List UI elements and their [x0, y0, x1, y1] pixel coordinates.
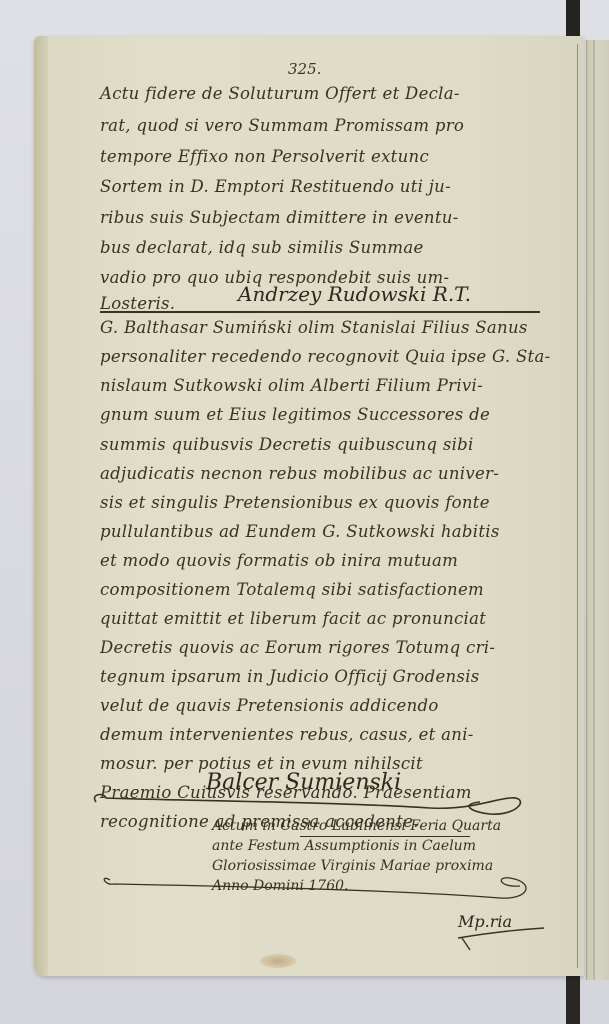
text-line: Sortem in D. Emptori Restituendo uti ju-	[100, 177, 451, 196]
text-line: velut de quavis Pretensionis addicendo	[100, 696, 439, 715]
closing-line: Actum in Castro Lublinensi Feria Quarta	[212, 818, 501, 834]
text-line: pullulantibus ad Eundem G. Sutkowski hab…	[100, 522, 500, 541]
text-line: summis quibusvis Decretis quibuscunq sib…	[100, 435, 474, 454]
text-line: G. Balthasar Sumiński olim Stanislai Fil…	[100, 318, 528, 337]
binding-strap-bottom	[566, 970, 580, 1024]
text-line: sis et singulis Pretensionibus ex quovis…	[100, 493, 490, 512]
text-line: Actu fidere de Soluturum Offert et Decla…	[100, 84, 460, 103]
paper-stain	[260, 954, 296, 968]
text-line: adjudicatis necnon rebus mobilibus ac un…	[100, 464, 499, 483]
section-divider	[100, 311, 540, 313]
text-line: gnum suum et Eius legitimos Successores …	[100, 405, 490, 424]
signature-rudowski: Andrzey Rudowski R.T.	[238, 282, 471, 306]
text-line: tegnum ipsarum in Judicio Officij Groden…	[100, 667, 480, 686]
closing-line: ante Festum Assumptionis in Caelum	[212, 838, 476, 854]
text-line: tempore Effixo non Persolverit extunc	[100, 147, 429, 166]
text-line: Decretis quovis ac Eorum rigores Totumq …	[100, 638, 495, 657]
closing-flourish-icon	[100, 872, 540, 912]
clerk-flourish-icon	[452, 920, 552, 950]
folio-number: 325.	[288, 60, 321, 78]
text-line: compositionem Totalemq sibi satisfaction…	[100, 580, 484, 599]
text-line: bus declarat, idq sub similis Summae	[100, 238, 424, 257]
page-fore-edge	[34, 36, 48, 976]
text-line: personaliter recedendo recognovit Quia i…	[100, 347, 551, 366]
adjacent-page-edge	[586, 40, 609, 980]
text-line: demum intervenientes rebus, casus, et an…	[100, 725, 474, 744]
line-filler-stroke	[300, 836, 470, 837]
text-line: quittat emittit et liberum facit ac pron…	[100, 609, 486, 628]
text-line: et modo quovis formatis ob inira mutuam	[100, 551, 458, 570]
text-line: rat, quod si vero Summam Promissam pro	[100, 116, 464, 135]
text-line: nislaum Sutkowski olim Alberti Filium Pr…	[100, 376, 483, 395]
text-line: ribus suis Subjectam dimittere in eventu…	[100, 208, 459, 227]
gutter-line	[577, 44, 578, 968]
